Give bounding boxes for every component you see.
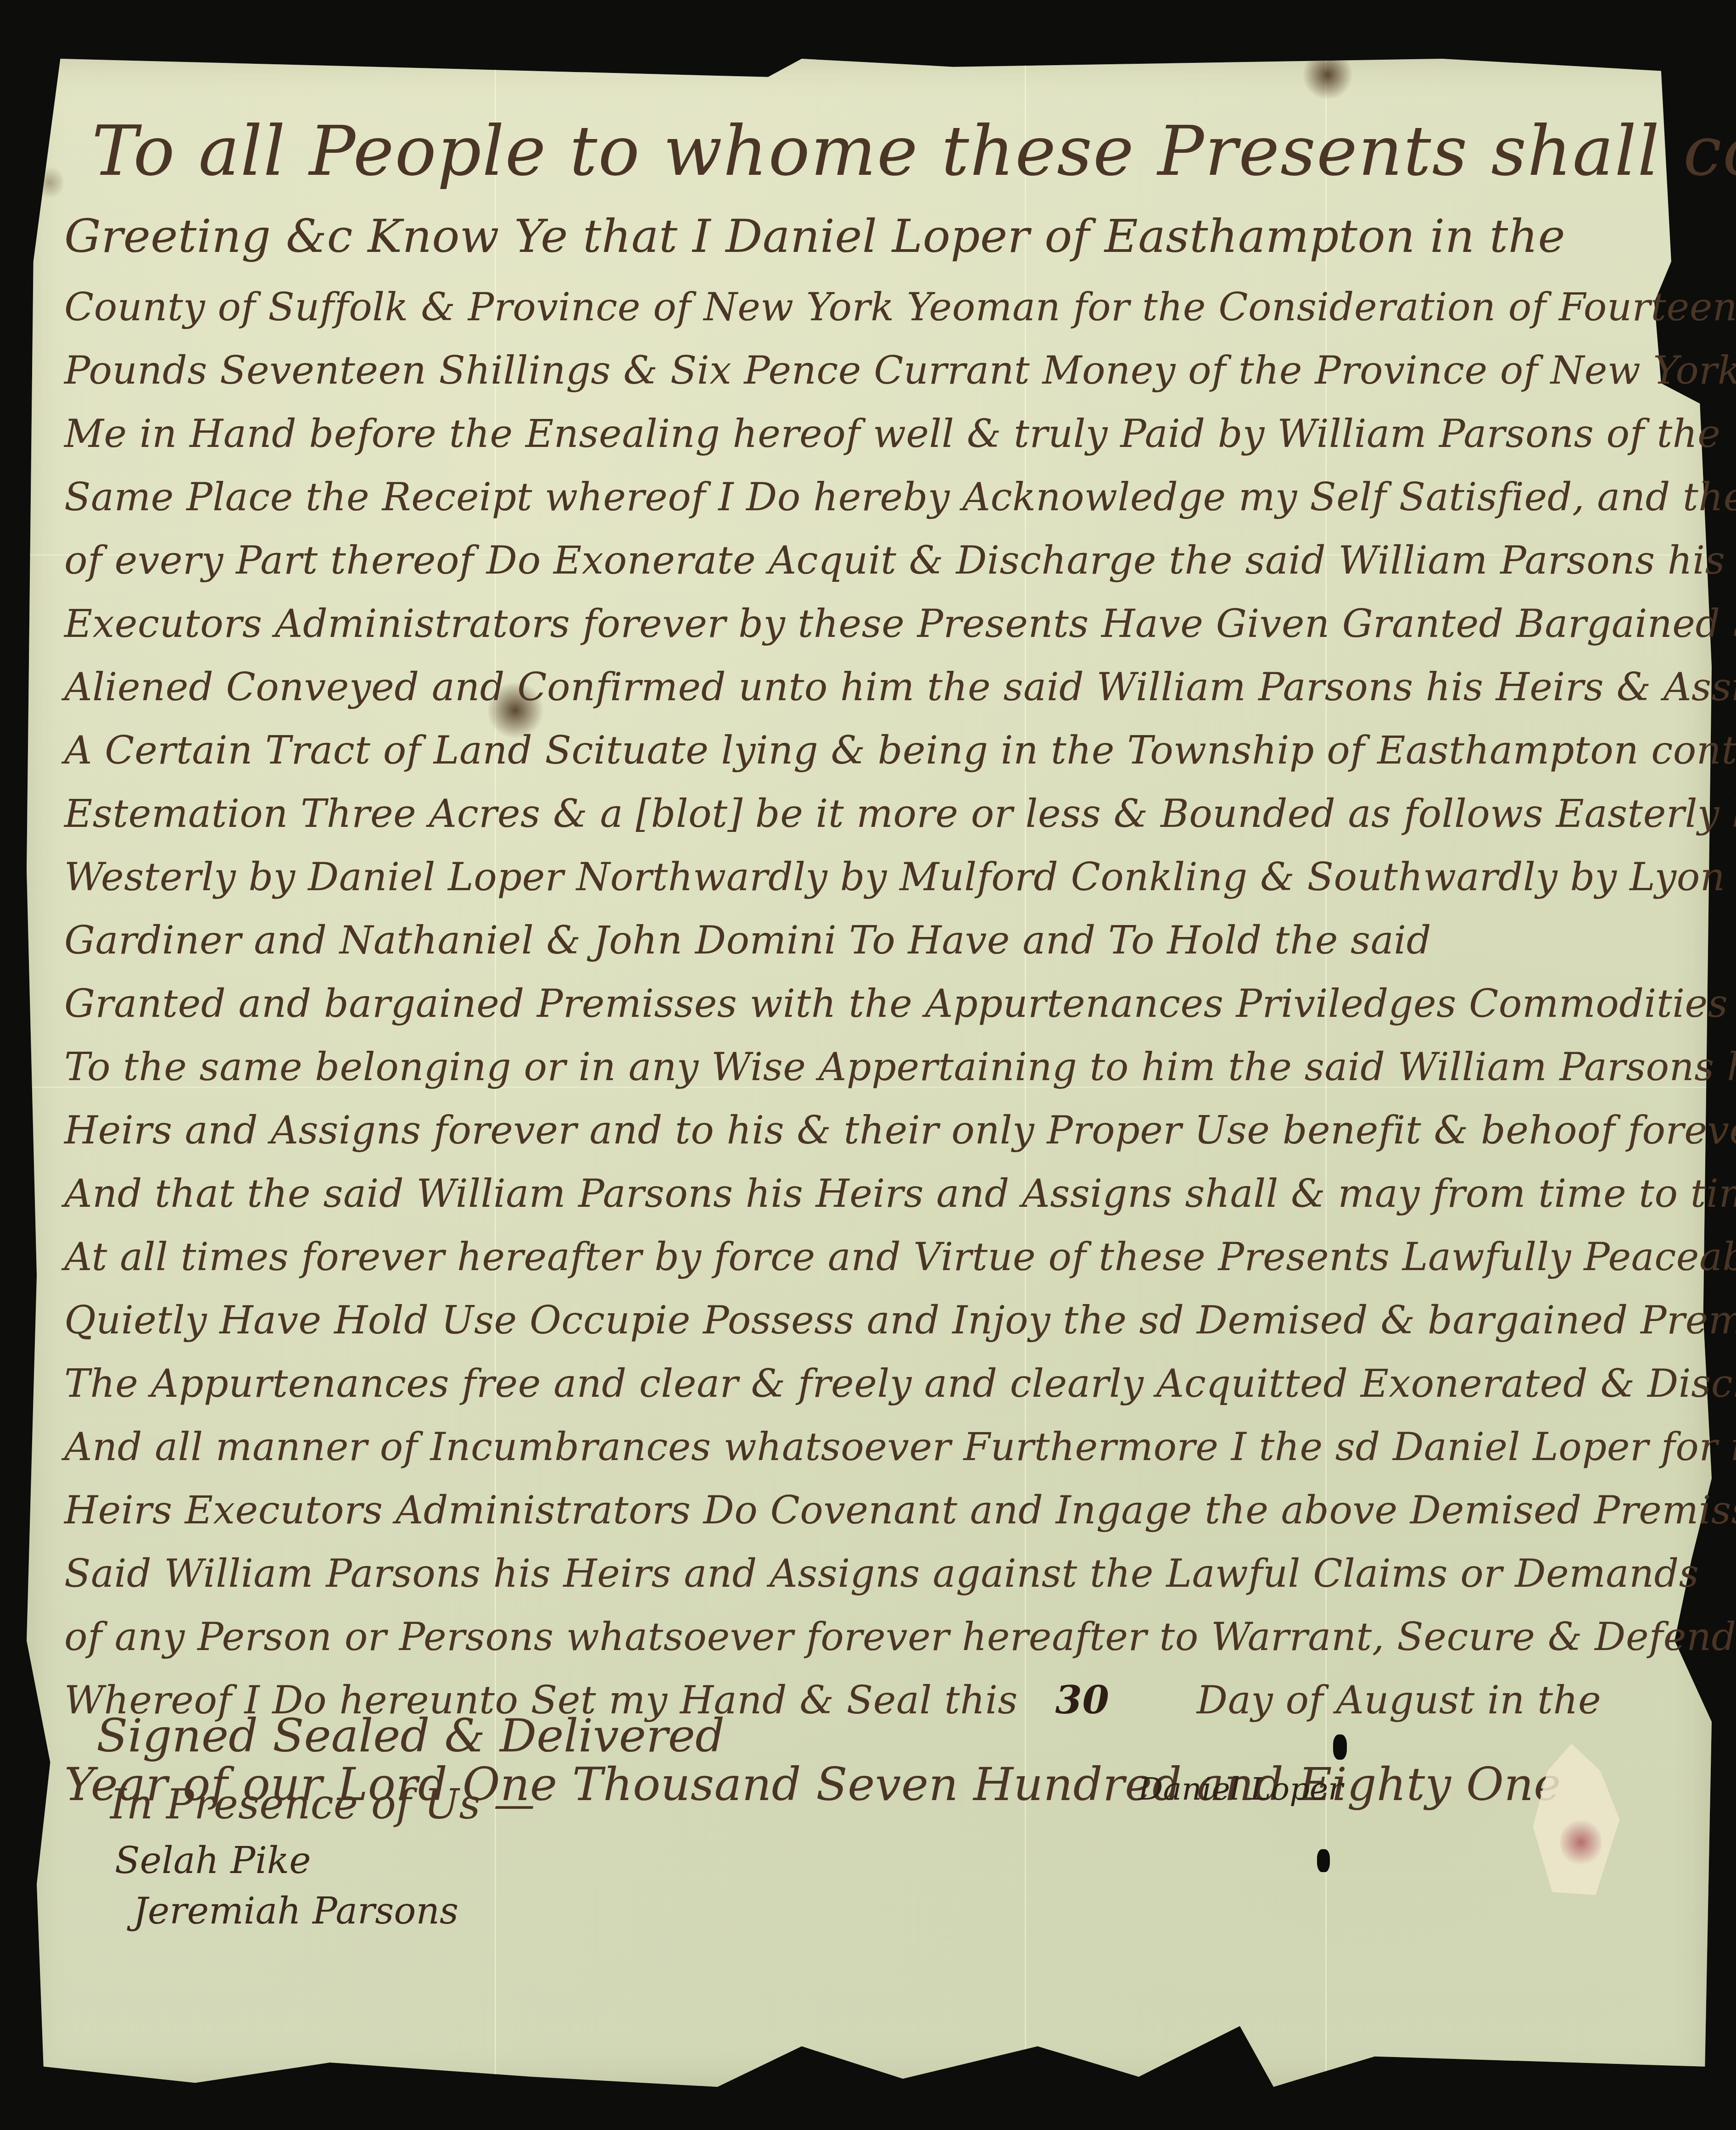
day-number: 30 — [1055, 1677, 1110, 1723]
deed-heading: To all People to whome these Presents sh… — [92, 106, 1652, 197]
body-line: Aliened Conveyed and Confirmed unto him … — [64, 655, 1652, 719]
body-line: A Certain Tract of Land Scituate lying &… — [64, 719, 1652, 782]
presence-block: In Presence of Us — — [110, 1767, 535, 1842]
body-line: Heirs and Assigns forever and to his & t… — [64, 1098, 1652, 1162]
seal-mark — [1560, 1817, 1602, 1868]
body-line: Pounds Seventeen Shillings & Six Pence C… — [64, 339, 1652, 402]
paper-hole — [1317, 1849, 1330, 1872]
witness-signature: Jeremiah Parsons — [133, 1886, 458, 1936]
attestation-block: Signed Sealed & Delivered — [96, 1698, 725, 1773]
body-line: The Appurtenances free and clear & freel… — [64, 1352, 1652, 1415]
in-presence-of: In Presence of Us — — [110, 1767, 535, 1842]
grantor-signature: Daniel Loper — [1138, 1771, 1343, 1807]
body-line: Heirs Executors Administrators Do Covena… — [64, 1478, 1652, 1542]
water-stain — [36, 164, 63, 201]
witness-signature: Selah Pike — [115, 1835, 458, 1886]
date-clause-rest: Day of August in the — [1197, 1678, 1601, 1723]
body-line: of any Person or Persons whatsoever fore… — [64, 1605, 1652, 1668]
body-line: Estemation Three Acres & a [blot] be it … — [64, 782, 1652, 845]
body-line: Quietly Have Hold Use Occupie Possess an… — [64, 1288, 1652, 1352]
body-line: Executors Administrators forever by thes… — [64, 592, 1652, 655]
deed-heading-text: To all People to whome these Presents sh… — [92, 112, 1736, 191]
body-line: And all manner of Incumbrances whatsoeve… — [64, 1415, 1652, 1478]
body-line: Me in Hand before the Ensealing hereof w… — [64, 402, 1652, 465]
body-line: Same Place the Receipt whereof I Do here… — [64, 465, 1652, 529]
ink-stain — [1302, 50, 1353, 100]
body-line: County of Suffolk & Province of New York… — [64, 275, 1652, 339]
body-line: Greeting &c Know Ye that I Daniel Loper … — [64, 197, 1652, 275]
body-line: To the same belonging or in any Wise App… — [64, 1035, 1652, 1098]
deed-text: To all People to whome these Presents sh… — [64, 106, 1652, 1823]
body-line: of every Part thereof Do Exonerate Acqui… — [64, 529, 1652, 592]
body-line: Said William Parsons his Heirs and Assig… — [64, 1542, 1652, 1605]
witness-signatures: Selah Pike Jeremiah Parsons — [115, 1835, 458, 1936]
body-line: And that the said William Parsons his He… — [64, 1162, 1652, 1225]
signed-sealed-delivered: Signed Sealed & Delivered — [96, 1698, 725, 1773]
body-line: Westerly by Daniel Loper Northwardly by … — [64, 845, 1652, 909]
body-line: At all times forever hereafter by force … — [64, 1225, 1652, 1288]
body-line: Granted and bargained Premisses with the… — [64, 972, 1652, 1035]
body-line: Gardiner and Nathaniel & John Domini To … — [64, 909, 1652, 972]
